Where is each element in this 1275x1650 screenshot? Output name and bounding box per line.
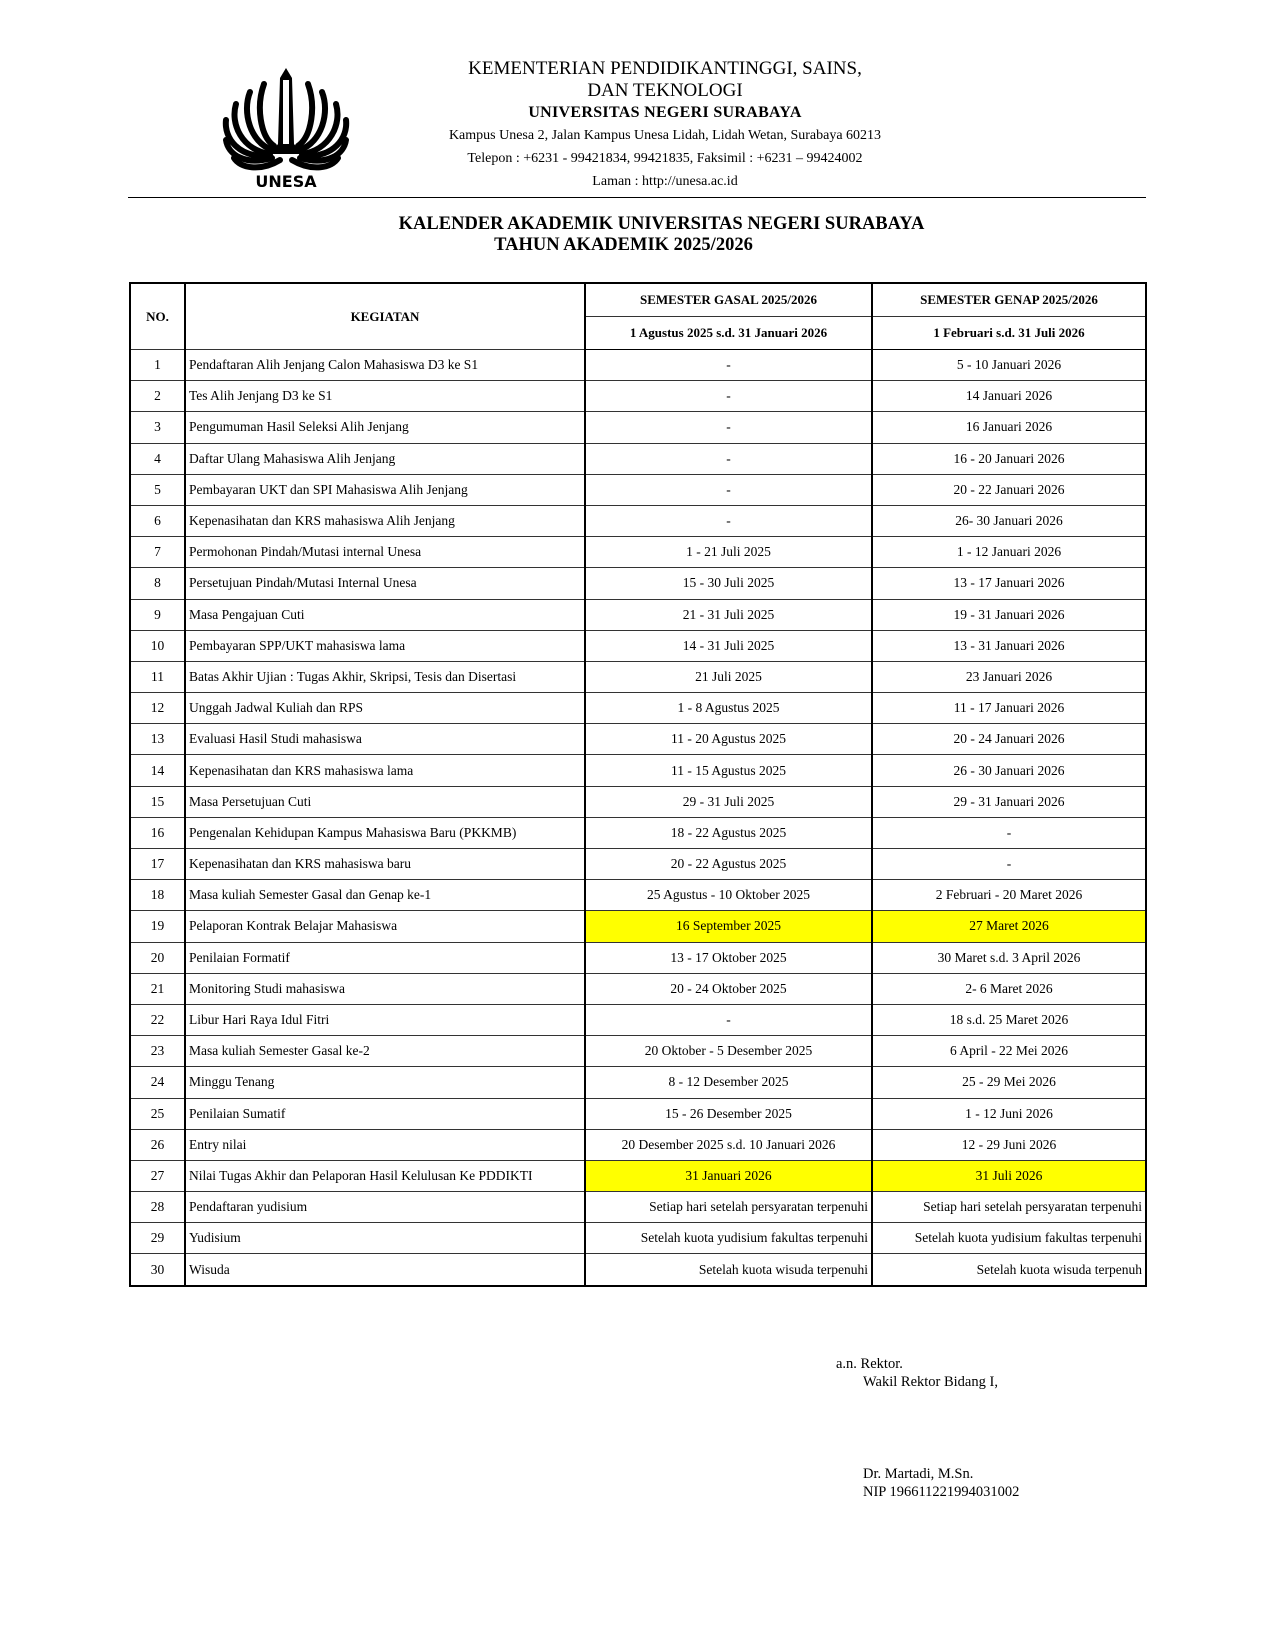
genap-date-cell: 14 Januari 2026 bbox=[872, 381, 1146, 412]
genap-date-cell: 13 - 17 Januari 2026 bbox=[872, 568, 1146, 599]
genap-date-cell: 2 Februari - 20 Maret 2026 bbox=[872, 880, 1146, 911]
gasal-date-cell: 13 - 17 Oktober 2025 bbox=[585, 942, 872, 973]
genap-date-cell: 1 - 12 Juni 2026 bbox=[872, 1098, 1146, 1129]
activity-cell: Penilaian Formatif bbox=[185, 942, 585, 973]
activity-cell: Nilai Tugas Akhir dan Pelaporan Hasil Ke… bbox=[185, 1160, 585, 1191]
table-row: 29YudisiumSetelah kuota yudisium fakulta… bbox=[130, 1223, 1146, 1254]
genap-date-cell: 6 April - 22 Mei 2026 bbox=[872, 1036, 1146, 1067]
gasal-date-cell: Setelah kuota wisuda terpenuhi bbox=[585, 1254, 872, 1286]
gasal-date-cell: 15 - 30 Juli 2025 bbox=[585, 568, 872, 599]
table-row: 10Pembayaran SPP/UKT mahasiswa lama14 - … bbox=[130, 630, 1146, 661]
activity-cell: Evaluasi Hasil Studi mahasiswa bbox=[185, 724, 585, 755]
genap-date-cell: 2- 6 Maret 2026 bbox=[872, 973, 1146, 1004]
activity-cell: Pendaftaran yudisium bbox=[185, 1192, 585, 1223]
activity-cell: Entry nilai bbox=[185, 1129, 585, 1160]
gasal-date-cell: 21 - 31 Juli 2025 bbox=[585, 599, 872, 630]
gasal-date-cell: 31 Januari 2026 bbox=[585, 1160, 872, 1191]
activity-cell: Persetujuan Pindah/Mutasi Internal Unesa bbox=[185, 568, 585, 599]
gasal-date-cell: Setiap hari setelah persyaratan terpenuh… bbox=[585, 1192, 872, 1223]
table-row: 24Minggu Tenang8 - 12 Desember 202525 - … bbox=[130, 1067, 1146, 1098]
genap-date-cell: 23 Januari 2026 bbox=[872, 661, 1146, 692]
activity-cell: Yudisium bbox=[185, 1223, 585, 1254]
activity-cell: Pendaftaran Alih Jenjang Calon Mahasiswa… bbox=[185, 350, 585, 381]
genap-date-cell: 18 s.d. 25 Maret 2026 bbox=[872, 1004, 1146, 1035]
row-number: 15 bbox=[130, 786, 185, 817]
document-title: KALENDER AKADEMIK UNIVERSITAS NEGERI SUR… bbox=[24, 213, 1275, 235]
row-number: 28 bbox=[130, 1192, 185, 1223]
table-row: 3Pengumuman Hasil Seleksi Alih Jenjang-1… bbox=[130, 412, 1146, 443]
genap-date-cell: 16 Januari 2026 bbox=[872, 412, 1146, 443]
row-number: 22 bbox=[130, 1004, 185, 1035]
gasal-date-cell: 16 September 2025 bbox=[585, 911, 872, 942]
activity-cell: Penilaian Sumatif bbox=[185, 1098, 585, 1129]
table-row: 13Evaluasi Hasil Studi mahasiswa11 - 20 … bbox=[130, 724, 1146, 755]
unesa-emblem-icon: UNESA bbox=[220, 66, 352, 190]
gasal-date-cell: Setelah kuota yudisium fakultas terpenuh… bbox=[585, 1223, 872, 1254]
row-number: 8 bbox=[130, 568, 185, 599]
ministry-line-1: KEMENTERIAN PENDIDIKANTINGGI, SAINS, bbox=[380, 58, 950, 80]
signature-position: Wakil Rektor Bidang I, bbox=[863, 1373, 998, 1391]
genap-date-cell: 27 Maret 2026 bbox=[872, 911, 1146, 942]
table-row: 6Kepenasihatan dan KRS mahasiswa Alih Je… bbox=[130, 505, 1146, 536]
table-row: 22Libur Hari Raya Idul Fitri-18 s.d. 25 … bbox=[130, 1004, 1146, 1035]
table-row: 27Nilai Tugas Akhir dan Pelaporan Hasil … bbox=[130, 1160, 1146, 1191]
row-number: 9 bbox=[130, 599, 185, 630]
genap-date-cell: 12 - 29 Juni 2026 bbox=[872, 1129, 1146, 1160]
table-row: 20Penilaian Formatif13 - 17 Oktober 2025… bbox=[130, 942, 1146, 973]
table-row: 16Pengenalan Kehidupan Kampus Mahasiswa … bbox=[130, 817, 1146, 848]
gasal-date-cell: - bbox=[585, 474, 872, 505]
gasal-date-cell: 1 - 21 Juli 2025 bbox=[585, 537, 872, 568]
table-row: 18Masa kuliah Semester Gasal dan Genap k… bbox=[130, 880, 1146, 911]
activity-cell: Kepenasihatan dan KRS mahasiswa baru bbox=[185, 849, 585, 880]
activity-cell: Wisuda bbox=[185, 1254, 585, 1286]
gasal-date-cell: 18 - 22 Agustus 2025 bbox=[585, 817, 872, 848]
activity-cell: Masa Persetujuan Cuti bbox=[185, 786, 585, 817]
table-row: 1Pendaftaran Alih Jenjang Calon Mahasisw… bbox=[130, 350, 1146, 381]
row-number: 3 bbox=[130, 412, 185, 443]
genap-date-cell: Setelah kuota yudisium fakultas terpenuh… bbox=[872, 1223, 1146, 1254]
table-row: 17Kepenasihatan dan KRS mahasiswa baru20… bbox=[130, 849, 1146, 880]
row-number: 16 bbox=[130, 817, 185, 848]
signatory-nip: NIP 196611221994031002 bbox=[863, 1483, 1019, 1501]
genap-date-cell: Setelah kuota wisuda terpenuh bbox=[872, 1254, 1146, 1286]
row-number: 2 bbox=[130, 381, 185, 412]
activity-cell: Kepenasihatan dan KRS mahasiswa Alih Jen… bbox=[185, 505, 585, 536]
genap-date-cell: 5 - 10 Januari 2026 bbox=[872, 350, 1146, 381]
row-number: 7 bbox=[130, 537, 185, 568]
row-number: 18 bbox=[130, 880, 185, 911]
table-row: 14Kepenasihatan dan KRS mahasiswa lama11… bbox=[130, 755, 1146, 786]
row-number: 11 bbox=[130, 661, 185, 692]
activity-cell: Masa Pengajuan Cuti bbox=[185, 599, 585, 630]
table-row: 8Persetujuan Pindah/Mutasi Internal Unes… bbox=[130, 568, 1146, 599]
genap-date-cell: 25 - 29 Mei 2026 bbox=[872, 1067, 1146, 1098]
genap-date-cell: 13 - 31 Januari 2026 bbox=[872, 630, 1146, 661]
academic-calendar-table: NO. KEGIATAN SEMESTER GASAL 2025/2026 SE… bbox=[129, 282, 1147, 1287]
gasal-date-cell: - bbox=[585, 505, 872, 536]
row-number: 13 bbox=[130, 724, 185, 755]
table-row: 23Masa kuliah Semester Gasal ke-220 Okto… bbox=[130, 1036, 1146, 1067]
header-gasal-range: 1 Agustus 2025 s.d. 31 Januari 2026 bbox=[585, 317, 872, 350]
genap-date-cell: 31 Juli 2026 bbox=[872, 1160, 1146, 1191]
row-number: 25 bbox=[130, 1098, 185, 1129]
gasal-date-cell: - bbox=[585, 412, 872, 443]
activity-cell: Daftar Ulang Mahasiswa Alih Jenjang bbox=[185, 443, 585, 474]
genap-date-cell: 16 - 20 Januari 2026 bbox=[872, 443, 1146, 474]
row-number: 21 bbox=[130, 973, 185, 1004]
row-number: 26 bbox=[130, 1129, 185, 1160]
table-row: 7Permohonan Pindah/Mutasi internal Unesa… bbox=[130, 537, 1146, 568]
unesa-logo: UNESA bbox=[220, 66, 352, 190]
svg-text:UNESA: UNESA bbox=[255, 172, 317, 190]
activity-cell: Masa kuliah Semester Gasal ke-2 bbox=[185, 1036, 585, 1067]
row-number: 17 bbox=[130, 849, 185, 880]
genap-date-cell: 20 - 22 Januari 2026 bbox=[872, 474, 1146, 505]
header-semester-genap: SEMESTER GENAP 2025/2026 bbox=[872, 283, 1146, 317]
genap-date-cell: 20 - 24 Januari 2026 bbox=[872, 724, 1146, 755]
activity-cell: Pelaporan Kontrak Belajar Mahasiswa bbox=[185, 911, 585, 942]
gasal-date-cell: 8 - 12 Desember 2025 bbox=[585, 1067, 872, 1098]
row-number: 20 bbox=[130, 942, 185, 973]
header-kegiatan: KEGIATAN bbox=[185, 283, 585, 350]
activity-cell: Minggu Tenang bbox=[185, 1067, 585, 1098]
gasal-date-cell: 20 - 22 Agustus 2025 bbox=[585, 849, 872, 880]
gasal-date-cell: 29 - 31 Juli 2025 bbox=[585, 786, 872, 817]
activity-cell: Kepenasihatan dan KRS mahasiswa lama bbox=[185, 755, 585, 786]
table-row: 28Pendaftaran yudisiumSetiap hari setela… bbox=[130, 1192, 1146, 1223]
activity-cell: Pembayaran SPP/UKT mahasiswa lama bbox=[185, 630, 585, 661]
genap-date-cell: 1 - 12 Januari 2026 bbox=[872, 537, 1146, 568]
activity-cell: Batas Akhir Ujian : Tugas Akhir, Skripsi… bbox=[185, 661, 585, 692]
row-number: 4 bbox=[130, 443, 185, 474]
activity-cell: Pembayaran UKT dan SPI Mahasiswa Alih Je… bbox=[185, 474, 585, 505]
activity-cell: Pengumuman Hasil Seleksi Alih Jenjang bbox=[185, 412, 585, 443]
letterhead-divider bbox=[128, 197, 1146, 198]
table-row: 12Unggah Jadwal Kuliah dan RPS1 - 8 Agus… bbox=[130, 693, 1146, 724]
header-genap-range: 1 Februari s.d. 31 Juli 2026 bbox=[872, 317, 1146, 350]
row-number: 19 bbox=[130, 911, 185, 942]
genap-date-cell: 11 - 17 Januari 2026 bbox=[872, 693, 1146, 724]
table-row: 19Pelaporan Kontrak Belajar Mahasiswa16 … bbox=[130, 911, 1146, 942]
row-number: 23 bbox=[130, 1036, 185, 1067]
gasal-date-cell: 21 Juli 2025 bbox=[585, 661, 872, 692]
genap-date-cell: 26- 30 Januari 2026 bbox=[872, 505, 1146, 536]
document-subtitle: TAHUN AKADEMIK 2025/2026 bbox=[0, 234, 1261, 256]
gasal-date-cell: 25 Agustus - 10 Oktober 2025 bbox=[585, 880, 872, 911]
genap-date-cell: 29 - 31 Januari 2026 bbox=[872, 786, 1146, 817]
row-number: 27 bbox=[130, 1160, 185, 1191]
header-no: NO. bbox=[130, 283, 185, 350]
table-row: 15Masa Persetujuan Cuti29 - 31 Juli 2025… bbox=[130, 786, 1146, 817]
activity-cell: Masa kuliah Semester Gasal dan Genap ke-… bbox=[185, 880, 585, 911]
signature-on-behalf: a.n. Rektor. bbox=[836, 1355, 903, 1373]
genap-date-cell: 30 Maret s.d. 3 April 2026 bbox=[872, 942, 1146, 973]
row-number: 5 bbox=[130, 474, 185, 505]
gasal-date-cell: 15 - 26 Desember 2025 bbox=[585, 1098, 872, 1129]
phone: Telepon : +6231 - 99421834, 99421835, Fa… bbox=[380, 147, 950, 170]
activity-cell: Libur Hari Raya Idul Fitri bbox=[185, 1004, 585, 1035]
signatory-name: Dr. Martadi, M.Sn. bbox=[863, 1465, 973, 1483]
gasal-date-cell: 20 Desember 2025 s.d. 10 Januari 2026 bbox=[585, 1129, 872, 1160]
gasal-date-cell: - bbox=[585, 381, 872, 412]
row-number: 29 bbox=[130, 1223, 185, 1254]
row-number: 30 bbox=[130, 1254, 185, 1286]
address: Kampus Unesa 2, Jalan Kampus Unesa Lidah… bbox=[380, 124, 950, 147]
gasal-date-cell: - bbox=[585, 1004, 872, 1035]
table-row: 2Tes Alih Jenjang D3 ke S1-14 Januari 20… bbox=[130, 381, 1146, 412]
activity-cell: Tes Alih Jenjang D3 ke S1 bbox=[185, 381, 585, 412]
table-row: 21Monitoring Studi mahasiswa20 - 24 Okto… bbox=[130, 973, 1146, 1004]
row-number: 6 bbox=[130, 505, 185, 536]
gasal-date-cell: - bbox=[585, 443, 872, 474]
calendar-rows: 1Pendaftaran Alih Jenjang Calon Mahasisw… bbox=[130, 350, 1146, 1286]
genap-date-cell: 26 - 30 Januari 2026 bbox=[872, 755, 1146, 786]
gasal-date-cell: 11 - 20 Agustus 2025 bbox=[585, 724, 872, 755]
table-row: 4Daftar Ulang Mahasiswa Alih Jenjang-16 … bbox=[130, 443, 1146, 474]
table-row: 25Penilaian Sumatif15 - 26 Desember 2025… bbox=[130, 1098, 1146, 1129]
ministry-line-2: DAN TEKNOLOGI bbox=[380, 80, 950, 102]
row-number: 1 bbox=[130, 350, 185, 381]
table-row: 5Pembayaran UKT dan SPI Mahasiswa Alih J… bbox=[130, 474, 1146, 505]
activity-cell: Permohonan Pindah/Mutasi internal Unesa bbox=[185, 537, 585, 568]
table-row: 9Masa Pengajuan Cuti21 - 31 Juli 202519 … bbox=[130, 599, 1146, 630]
activity-cell: Pengenalan Kehidupan Kampus Mahasiswa Ba… bbox=[185, 817, 585, 848]
row-number: 10 bbox=[130, 630, 185, 661]
table-row: 30WisudaSetelah kuota wisuda terpenuhiSe… bbox=[130, 1254, 1146, 1286]
activity-cell: Unggah Jadwal Kuliah dan RPS bbox=[185, 693, 585, 724]
row-number: 12 bbox=[130, 693, 185, 724]
gasal-date-cell: 14 - 31 Juli 2025 bbox=[585, 630, 872, 661]
genap-date-cell: - bbox=[872, 849, 1146, 880]
row-number: 14 bbox=[130, 755, 185, 786]
genap-date-cell: Setiap hari setelah persyaratan terpenuh… bbox=[872, 1192, 1146, 1223]
gasal-date-cell: 1 - 8 Agustus 2025 bbox=[585, 693, 872, 724]
university-name: UNIVERSITAS NEGERI SURABAYA bbox=[380, 102, 950, 124]
website: Laman : http://unesa.ac.id bbox=[380, 170, 950, 193]
genap-date-cell: 19 - 31 Januari 2026 bbox=[872, 599, 1146, 630]
activity-cell: Monitoring Studi mahasiswa bbox=[185, 973, 585, 1004]
gasal-date-cell: 11 - 15 Agustus 2025 bbox=[585, 755, 872, 786]
letterhead: KEMENTERIAN PENDIDIKANTINGGI, SAINS, DAN… bbox=[380, 58, 950, 193]
header-semester-gasal: SEMESTER GASAL 2025/2026 bbox=[585, 283, 872, 317]
genap-date-cell: - bbox=[872, 817, 1146, 848]
table-row: 26Entry nilai20 Desember 2025 s.d. 10 Ja… bbox=[130, 1129, 1146, 1160]
gasal-date-cell: - bbox=[585, 350, 872, 381]
table-row: 11Batas Akhir Ujian : Tugas Akhir, Skrip… bbox=[130, 661, 1146, 692]
gasal-date-cell: 20 - 24 Oktober 2025 bbox=[585, 973, 872, 1004]
gasal-date-cell: 20 Oktober - 5 Desember 2025 bbox=[585, 1036, 872, 1067]
row-number: 24 bbox=[130, 1067, 185, 1098]
